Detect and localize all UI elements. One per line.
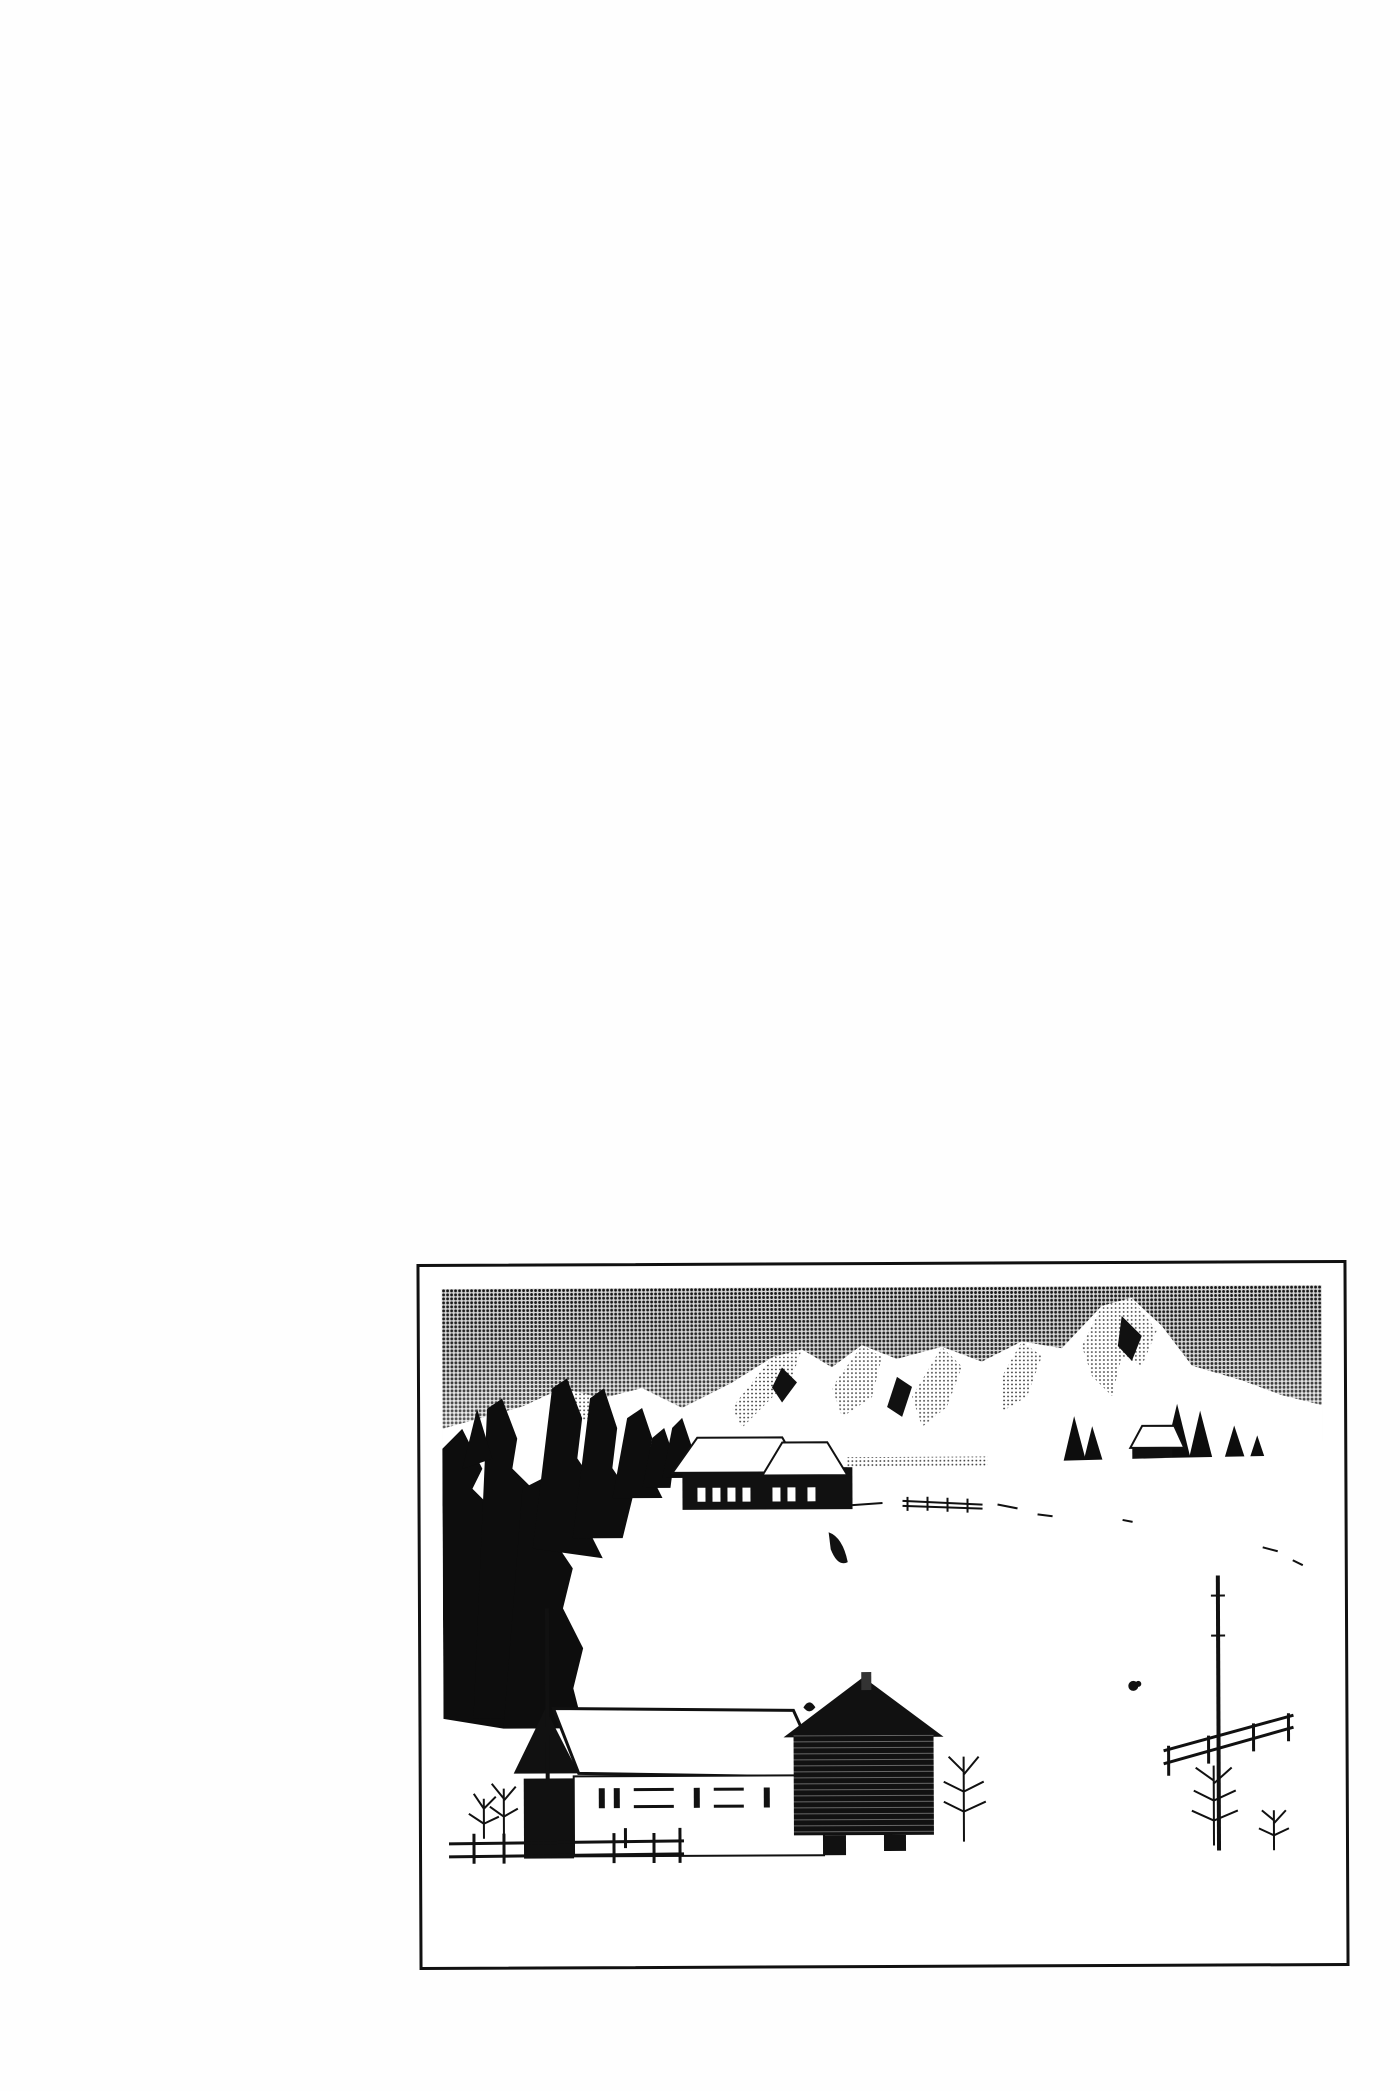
scanned-page xyxy=(0,0,1400,2091)
snowy-village-illustration xyxy=(442,1285,1325,1899)
figure-frame xyxy=(416,1260,1349,1970)
